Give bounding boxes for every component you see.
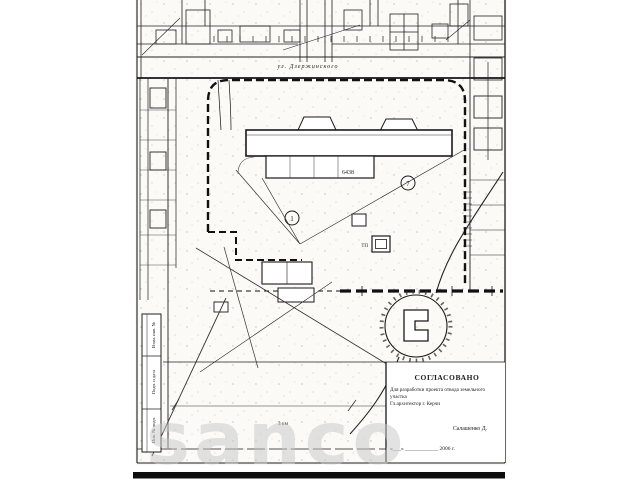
- building-extension: [266, 156, 374, 178]
- approval-stamp: СОГЛАСОВАНО Для разработки проекта отвод…: [386, 362, 505, 462]
- dimension-label: 3 км: [278, 421, 289, 427]
- stamp-date-line: «___» ____________ 2006 г.: [390, 446, 456, 452]
- entrance-canopy-left: [298, 117, 336, 130]
- tp-label: ТП: [361, 244, 368, 249]
- stamp-body-line-1: Для разработки проекта отвода земельного: [390, 386, 486, 393]
- title-strip: Взам. инв. № Подп. и дата Инв. № подл.: [142, 314, 161, 452]
- site-plan-drawing: ул. Дзержинского: [0, 0, 640, 480]
- stamp-body-line-2: участка: [390, 394, 408, 400]
- scan-edge-bar: [133, 472, 505, 479]
- strip-cell-podp-data: Подп. и дата: [151, 370, 156, 395]
- outbuilding: [352, 214, 366, 226]
- number-1-label: 1: [290, 215, 294, 223]
- site-area-number: 6438: [342, 170, 354, 176]
- number-7-label: 7: [406, 180, 410, 188]
- stamp-title: СОГЛАСОВАНО: [415, 373, 480, 382]
- strip-cell-inv-podl: Инв. № подл.: [151, 417, 156, 443]
- stamp-signature: Салашенко Д.: [453, 426, 488, 432]
- stamp-body-line-3: Гл.архитектор г. Керчи: [390, 401, 440, 407]
- street-name-label: ул. Дзержинского: [277, 64, 339, 70]
- scanned-plan-page: ул. Дзержинского: [0, 0, 640, 480]
- strip-cell-vzam-inv: Взам. инв. №: [151, 321, 156, 348]
- entrance-canopy-right: [380, 119, 418, 131]
- main-building-slab: [246, 130, 452, 156]
